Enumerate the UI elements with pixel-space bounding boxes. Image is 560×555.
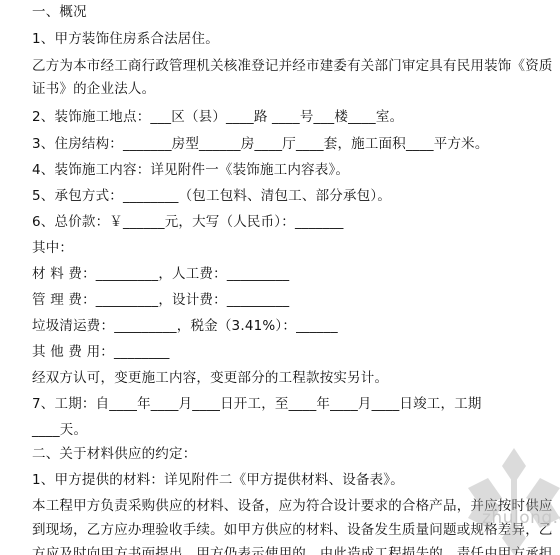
paragraph-line: 乙方为本市经工商行政管理机关核准登记并经市建委有关部门审定具有民用装饰《资质 <box>32 57 553 75</box>
fee-row-waste-tax: 垃圾清运费：_________，税金（3.41%）：______ <box>32 317 338 335</box>
section-heading-materials: 二、关于材料供应的约定： <box>32 445 196 463</box>
section-heading-overview: 一、概况 <box>32 3 87 21</box>
clause-7-days: ____天。 <box>32 421 87 439</box>
materials-clause-1: 1、甲方提供的材料：详见附件二《甲方提供材料、设备表》。 <box>32 471 404 489</box>
paragraph-line: 证书》的企业法人。 <box>32 80 155 98</box>
change-note: 经双方认可，变更施工内容，变更部分的工程款按实另计。 <box>32 369 388 387</box>
clause-3-structure: 3、住房结构：_______房型______房____厅____套，施工面积__… <box>32 135 489 153</box>
clause-6-total-price: 6、总价款：￥______元，大写（人民币）：_______ <box>32 213 344 231</box>
paragraph-line: 本工程甲方负责采购供应的材料、设备，应为符合设计要求的合格产品，并应按时供应 <box>32 497 553 515</box>
paragraph-line: 方应及时向甲方书面提出，甲方仍表示使用的，由此造成工程损失的，责任由甲方承担。 <box>32 545 560 555</box>
watermark-text: zhulong.com <box>482 508 560 528</box>
paragraph-line: 到现场，乙方应办理验收手续。如甲方供应的材料、设备发生质量问题或规格差异，乙 <box>32 521 553 539</box>
fee-row-materials-labor: 材 料 费：_________，人工费：_________ <box>32 265 289 283</box>
clause-2-location: 2、装饰施工地点：___区（县）____路 ____号___楼____室。 <box>32 108 403 126</box>
breakdown-label: 其中： <box>32 239 73 257</box>
clause-1: 1、甲方装饰住房系合法居住。 <box>32 30 219 48</box>
clause-7-schedule: 7、工期：自____年____月____日开工，至____年____月____日… <box>32 395 482 413</box>
clause-5-contract-method: 5、承包方式：________（包工包料、清包工、部分承包）。 <box>32 187 391 205</box>
fee-row-other: 其 他 费 用：________ <box>32 343 170 361</box>
clause-4-content: 4、装饰施工内容：详见附件一《装饰施工内容表》。 <box>32 161 349 179</box>
fee-row-management-design: 管 理 费：_________，设计费：_________ <box>32 291 289 309</box>
